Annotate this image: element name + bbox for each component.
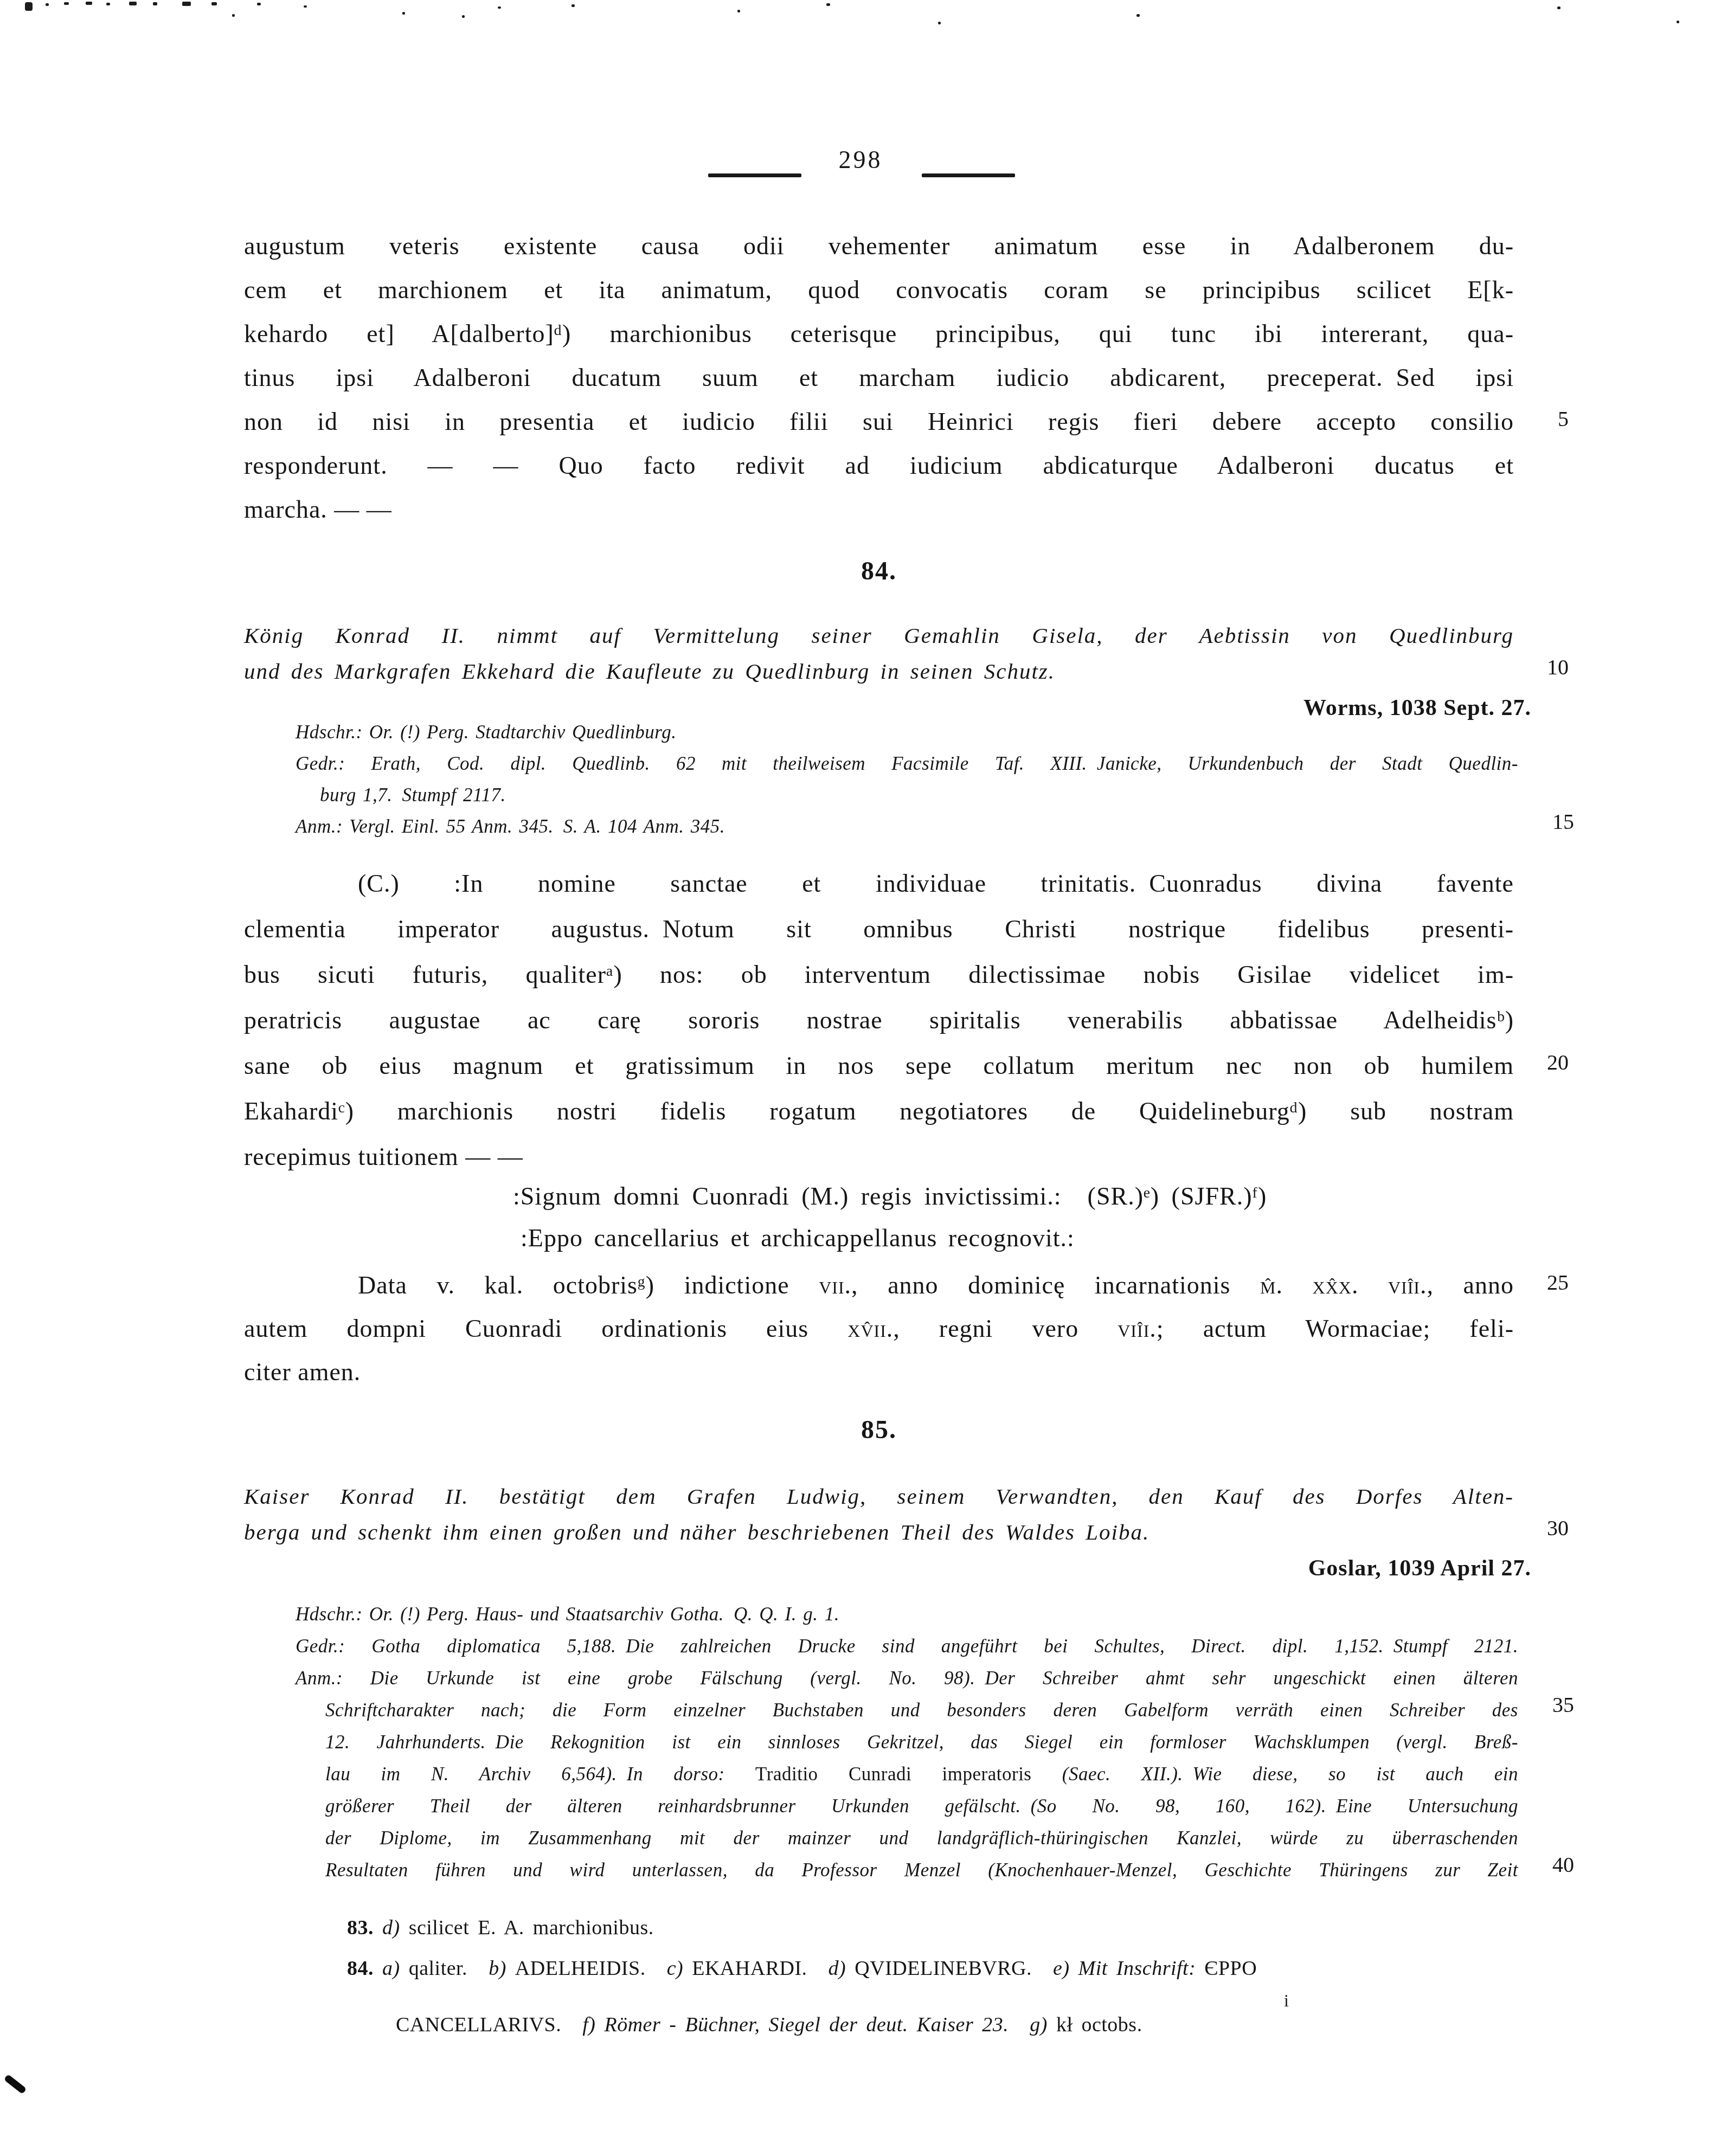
charter-84-number: 84.	[244, 556, 1514, 586]
datum-line: citer amen.	[244, 1350, 1514, 1394]
margin-line-number-25: 25	[1523, 1270, 1569, 1295]
charter-text-line: peratricis augustae ac carę sororis nost…	[244, 997, 1514, 1043]
datum-text: ., anno dominicę incarnationis	[845, 1271, 1260, 1299]
footnote-text: Römer - Büchner, Siegel der deut. Kaiser…	[604, 2013, 1030, 2036]
footnote-number: 83.	[347, 1916, 374, 1939]
apparatus-line-anm-cont: Resultaten führen und wird unterlassen, …	[296, 1854, 1518, 1886]
footnote-text: QVIDELINEBVRG.	[855, 1957, 1053, 1980]
datum-text: Data v. kal. octobrisᵍ) indictione	[358, 1271, 819, 1299]
page-header-rule-right	[922, 173, 1015, 177]
footnote-text: EKAHARDI.	[692, 1957, 828, 1980]
footnote-mark: e)	[1053, 1957, 1078, 1980]
charter-85-regest: Kaiser Konrad II. bestätigt dem Grafen L…	[244, 1478, 1514, 1550]
scan-noise-speck	[462, 15, 465, 18]
apparatus-line-gedr-cont: burg 1,7. Stumpf 2117.	[296, 780, 1518, 811]
charter-text-line: recepimus tuitionem — —	[244, 1134, 1514, 1180]
charter-84-recognition-line: :Eppo cancellarius et archicappellanus r…	[521, 1216, 1075, 1260]
footnote-inscription: ЄPPO	[1204, 1957, 1257, 1980]
datum-text: ., regni vero	[887, 1315, 1118, 1342]
charter-84-datum: Data v. kal. octobrisᵍ) indictione vii.,…	[244, 1264, 1514, 1394]
footnote-mark: b)	[489, 1957, 515, 1980]
scan-noise-speck	[938, 22, 941, 24]
footnote-text: kł octobs.	[1056, 2013, 1142, 2036]
footnote-83: 83. d) scilicet E. A. marchionibus.	[347, 1916, 654, 1940]
text-line: augustum veteris existente causa odii ve…	[244, 224, 1514, 268]
regest-line: König Konrad II. nimmt auf Vermittelung …	[244, 617, 1514, 653]
scan-noise-speck	[498, 7, 501, 9]
datum-line: autem dompni Cuonradi ordinationis eius …	[244, 1307, 1514, 1350]
scan-noise-speck	[402, 12, 405, 15]
scan-noise-speck	[1136, 14, 1140, 17]
apparatus-line-anm-cont: größerer Theil der älteren reinhardsbrun…	[296, 1790, 1518, 1822]
footnote-number: 84.	[347, 1957, 374, 1980]
footnote-inscription: CANCELLARIVS.	[396, 2013, 582, 2036]
scan-noise-speck	[182, 2, 191, 6]
dorso-inscription: Traditio Cunradi imperatoris	[755, 1764, 1031, 1785]
footnote-text: scilicet E. A. marchionibus.	[409, 1916, 654, 1939]
scan-noise-speck	[257, 3, 261, 5]
datum-text: .; actum Wormaciae; feli-	[1150, 1315, 1514, 1342]
margin-line-number-20: 20	[1523, 1050, 1569, 1075]
scan-noise-speck	[1677, 21, 1679, 23]
footnote-84: 84. a) qaliter. b) ADELHEIDIS. c) EKAHAR…	[347, 1957, 1257, 1980]
scan-noise-speck	[64, 2, 69, 5]
footnote-mark: g)	[1030, 2013, 1056, 2036]
scan-noise-speck	[304, 5, 307, 8]
charter-84-apparatus: Hdschr.: Or. (!) Perg. Stadtarchiv Quedl…	[296, 717, 1518, 842]
footnote-superscript-i: i	[1284, 1991, 1289, 2011]
footnote-text: ADELHEIDIS.	[515, 1957, 667, 1980]
apparatus-text: lau im N. Archiv 6,564). In dorso:	[325, 1764, 755, 1785]
text-line: responderunt. — — Quo facto redivit ad i…	[244, 443, 1514, 487]
apparatus-text: (Saec. XII.). Wie diese, so ist auch ein	[1032, 1764, 1519, 1785]
charter-text-line: Ekahardiᶜ) marchionis nostri fidelis rog…	[244, 1089, 1514, 1134]
charter-84-body: (C.) :In nomine sanctae et individuae tr…	[244, 861, 1514, 1180]
charter-text-line: bus sicuti futuris, qualiterᵃ) nos: ob i…	[244, 952, 1514, 997]
apparatus-line-gedr: Gedr.: Gotha diplomatica 5,188. Die zahl…	[296, 1630, 1518, 1662]
scan-noise-speck	[826, 3, 830, 6]
charter-84-regest: König Konrad II. nimmt auf Vermittelung …	[244, 617, 1514, 689]
scanned-page: { "page": { "number": "298" }, "margin":…	[0, 0, 1721, 2156]
page-number: 298	[806, 145, 915, 174]
apparatus-line-anm-cont: der Diplome, im Zusammenhang mit der mai…	[296, 1822, 1518, 1854]
charter-85-apparatus: Hdschr.: Or. (!) Perg. Haus- und Staatsa…	[296, 1598, 1518, 1886]
roman-numeral: xv̂ii	[847, 1315, 887, 1342]
scan-noise-speck	[1557, 7, 1561, 9]
scan-noise-speck	[106, 3, 110, 5]
apparatus-line-hdschr: Hdschr.: Or. (!) Perg. Stadtarchiv Quedl…	[296, 717, 1518, 748]
datum-text: autem dompni Cuonradi ordinationis eius	[244, 1315, 847, 1342]
footnote-84-continued: CANCELLARIVS. f) Römer - Büchner, Siegel…	[396, 2013, 1142, 2037]
roman-numeral: m̂. xx̂x. viîi	[1260, 1271, 1420, 1299]
margin-line-number-15: 15	[1528, 809, 1574, 834]
footnote-mark: d)	[374, 1916, 409, 1939]
scan-noise-speck	[211, 2, 217, 5]
scan-noise-speck	[129, 2, 137, 5]
apparatus-line-hdschr: Hdschr.: Or. (!) Perg. Haus- und Staatsa…	[296, 1598, 1518, 1630]
intro-paragraph: augustum veteris existente causa odii ve…	[244, 224, 1514, 531]
apparatus-line-anm-cont: 12. Jahrhunderts. Die Rekognition ist ei…	[296, 1726, 1518, 1758]
roman-numeral: vii	[819, 1271, 844, 1299]
margin-line-number-5: 5	[1523, 406, 1569, 432]
footnote-mark: d)	[829, 1957, 855, 1980]
charter-text-line: (C.) :In nomine sanctae et individuae tr…	[244, 861, 1514, 906]
apparatus-line-anm-dorso: lau im N. Archiv 6,564). In dorso: Tradi…	[296, 1758, 1518, 1790]
apparatus-line-gedr: Gedr.: Erath, Cod. dipl. Quedlinb. 62 mi…	[296, 748, 1518, 780]
apparatus-line-anm: Anm.: Die Urkunde ist eine grobe Fälschu…	[296, 1662, 1518, 1694]
scan-noise-speck	[86, 2, 92, 5]
regest-line: Kaiser Konrad II. bestätigt dem Grafen L…	[244, 1478, 1514, 1514]
apparatus-line-anm-cont: Schriftcharakter nach; die Form einzelne…	[296, 1694, 1518, 1726]
roman-numeral: viîi	[1118, 1315, 1150, 1342]
text-line: non id nisi in presentia et iudicio fili…	[244, 400, 1514, 443]
regest-line: und des Markgrafen Ekkehard die Kaufleut…	[244, 653, 1514, 689]
footnote-text: Mit Inschrift:	[1078, 1957, 1205, 1980]
datum-line: Data v. kal. octobrisᵍ) indictione vii.,…	[244, 1264, 1514, 1307]
scan-noise-speck	[46, 3, 49, 6]
text-line: kehardo et] A[dalberto]ᵈ) marchionibus c…	[244, 312, 1514, 356]
footnote-mark: a)	[374, 1957, 409, 1980]
charter-text-line: sane ob eius magnum et gratissimum in no…	[244, 1043, 1514, 1089]
scan-noise-speck	[25, 2, 33, 11]
charter-text-line: clementia imperator augustus. Notum sit …	[244, 906, 1514, 952]
scan-noise-speck	[737, 10, 740, 12]
margin-line-number-40: 40	[1528, 1852, 1574, 1877]
regest-line: berga und schenkt ihm einen großen und n…	[244, 1514, 1514, 1550]
scan-noise-speck	[571, 4, 575, 7]
text-line: tinus ipsi Adalberoni ducatum suum et ma…	[244, 356, 1514, 400]
footnote-text: qaliter.	[409, 1957, 489, 1980]
footnote-mark: c)	[667, 1957, 692, 1980]
margin-line-number-30: 30	[1523, 1515, 1569, 1541]
margin-line-number-10: 10	[1523, 654, 1569, 680]
ink-blob	[4, 2074, 27, 2094]
datum-text: ., anno	[1420, 1271, 1514, 1299]
scan-noise-speck	[153, 2, 157, 5]
charter-85-date: Goslar, 1039 April 27.	[244, 1555, 1531, 1581]
footnote-mark: f)	[582, 2013, 604, 2036]
charter-85-number: 85.	[244, 1415, 1514, 1445]
text-line: cem et marchionem et ita animatum, quod …	[244, 268, 1514, 312]
apparatus-line-anm: Anm.: Vergl. Einl. 55 Anm. 345. S. A. 10…	[296, 811, 1518, 842]
page-header-rule-left	[708, 173, 801, 177]
margin-line-number-35: 35	[1528, 1692, 1574, 1717]
scan-noise-speck	[232, 14, 235, 17]
text-line: marcha. — —	[244, 487, 1514, 531]
charter-84-signum-line: :Signum domni Cuonradi (M.) regis invict…	[513, 1174, 1267, 1218]
